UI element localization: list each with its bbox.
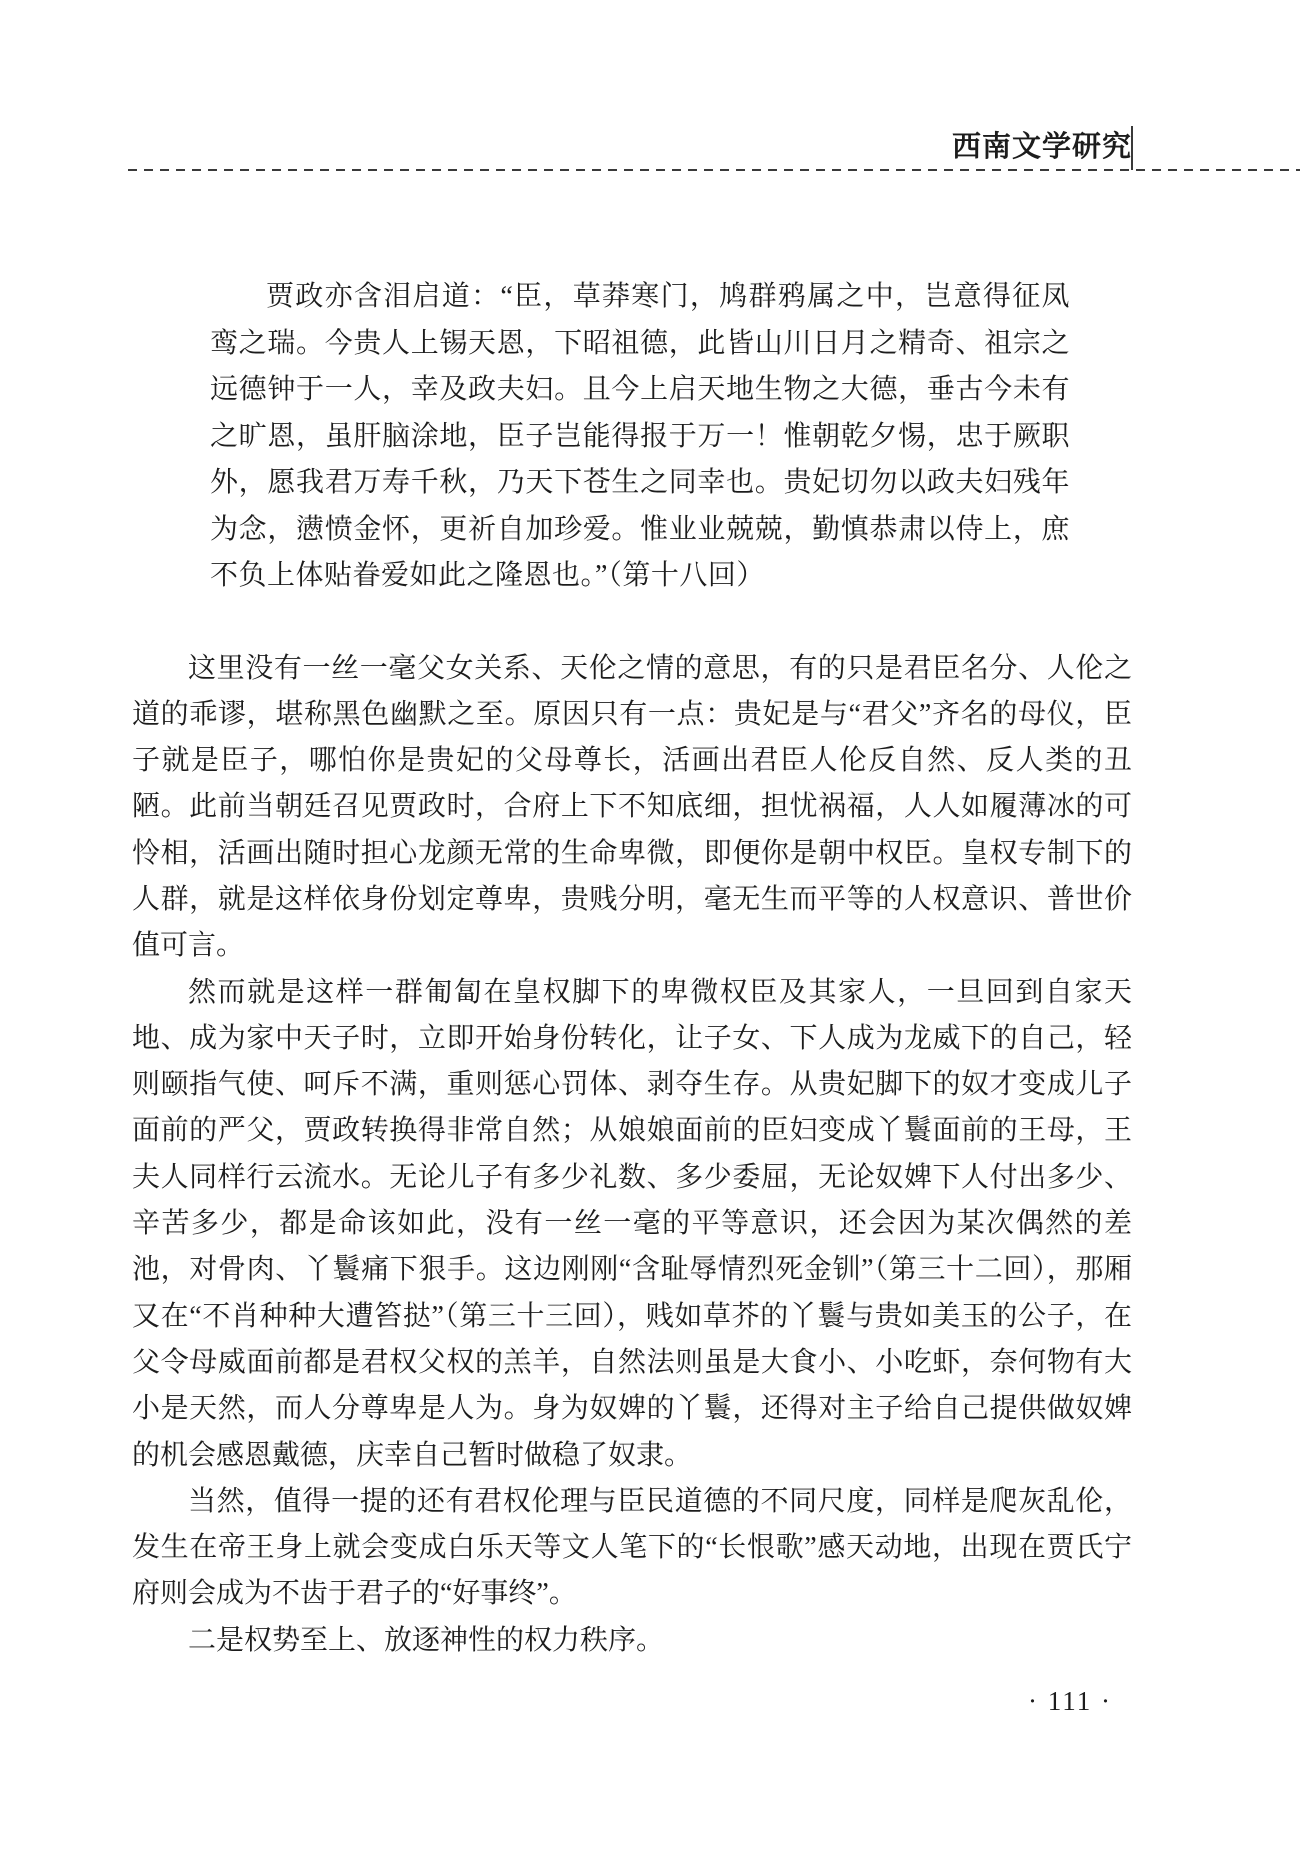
body-paragraph-2: 然而就是这样一群匍匐在皇权脚下的卑微权臣及其家人，一旦回到自家天地、成为家中天子…: [132, 970, 1132, 1479]
page-number: · 111 ·: [1022, 1686, 1118, 1716]
journal-title: 西南文学研究: [952, 133, 1132, 162]
header-dashed-rule: [128, 169, 1300, 171]
text-column: 贾政亦含泪启道：“臣，草莽寒门，鸠群鸦属之中，岂意得征凤鸾之瑞。今贵人上锡天恩，…: [132, 174, 1132, 1664]
block-quote: 贾政亦含泪启道：“臣，草莽寒门，鸠群鸦属之中，岂意得征凤鸾之瑞。今贵人上锡天恩，…: [210, 274, 1070, 600]
journal-page: 西南文学研究 贾政亦含泪启道：“臣，草莽寒门，鸠群鸦属之中，岂意得征凤鸾之瑞。今…: [0, 0, 1307, 1859]
body-paragraph-1: 这里没有一丝一毫父女关系、天伦之情的意思，有的只是君臣名分、人伦之道的乖谬，堪称…: [132, 646, 1132, 970]
body-paragraph-3: 当然，值得一提的还有君权伦理与臣民道德的不同尺度，同样是爬灰乱伦，发生在帝王身上…: [132, 1479, 1132, 1618]
header-divider-bar: [1131, 126, 1133, 170]
running-head: 西南文学研究: [952, 124, 1132, 170]
body-paragraph-4: 二是权势至上、放逐神性的权力秩序。: [132, 1618, 1132, 1664]
